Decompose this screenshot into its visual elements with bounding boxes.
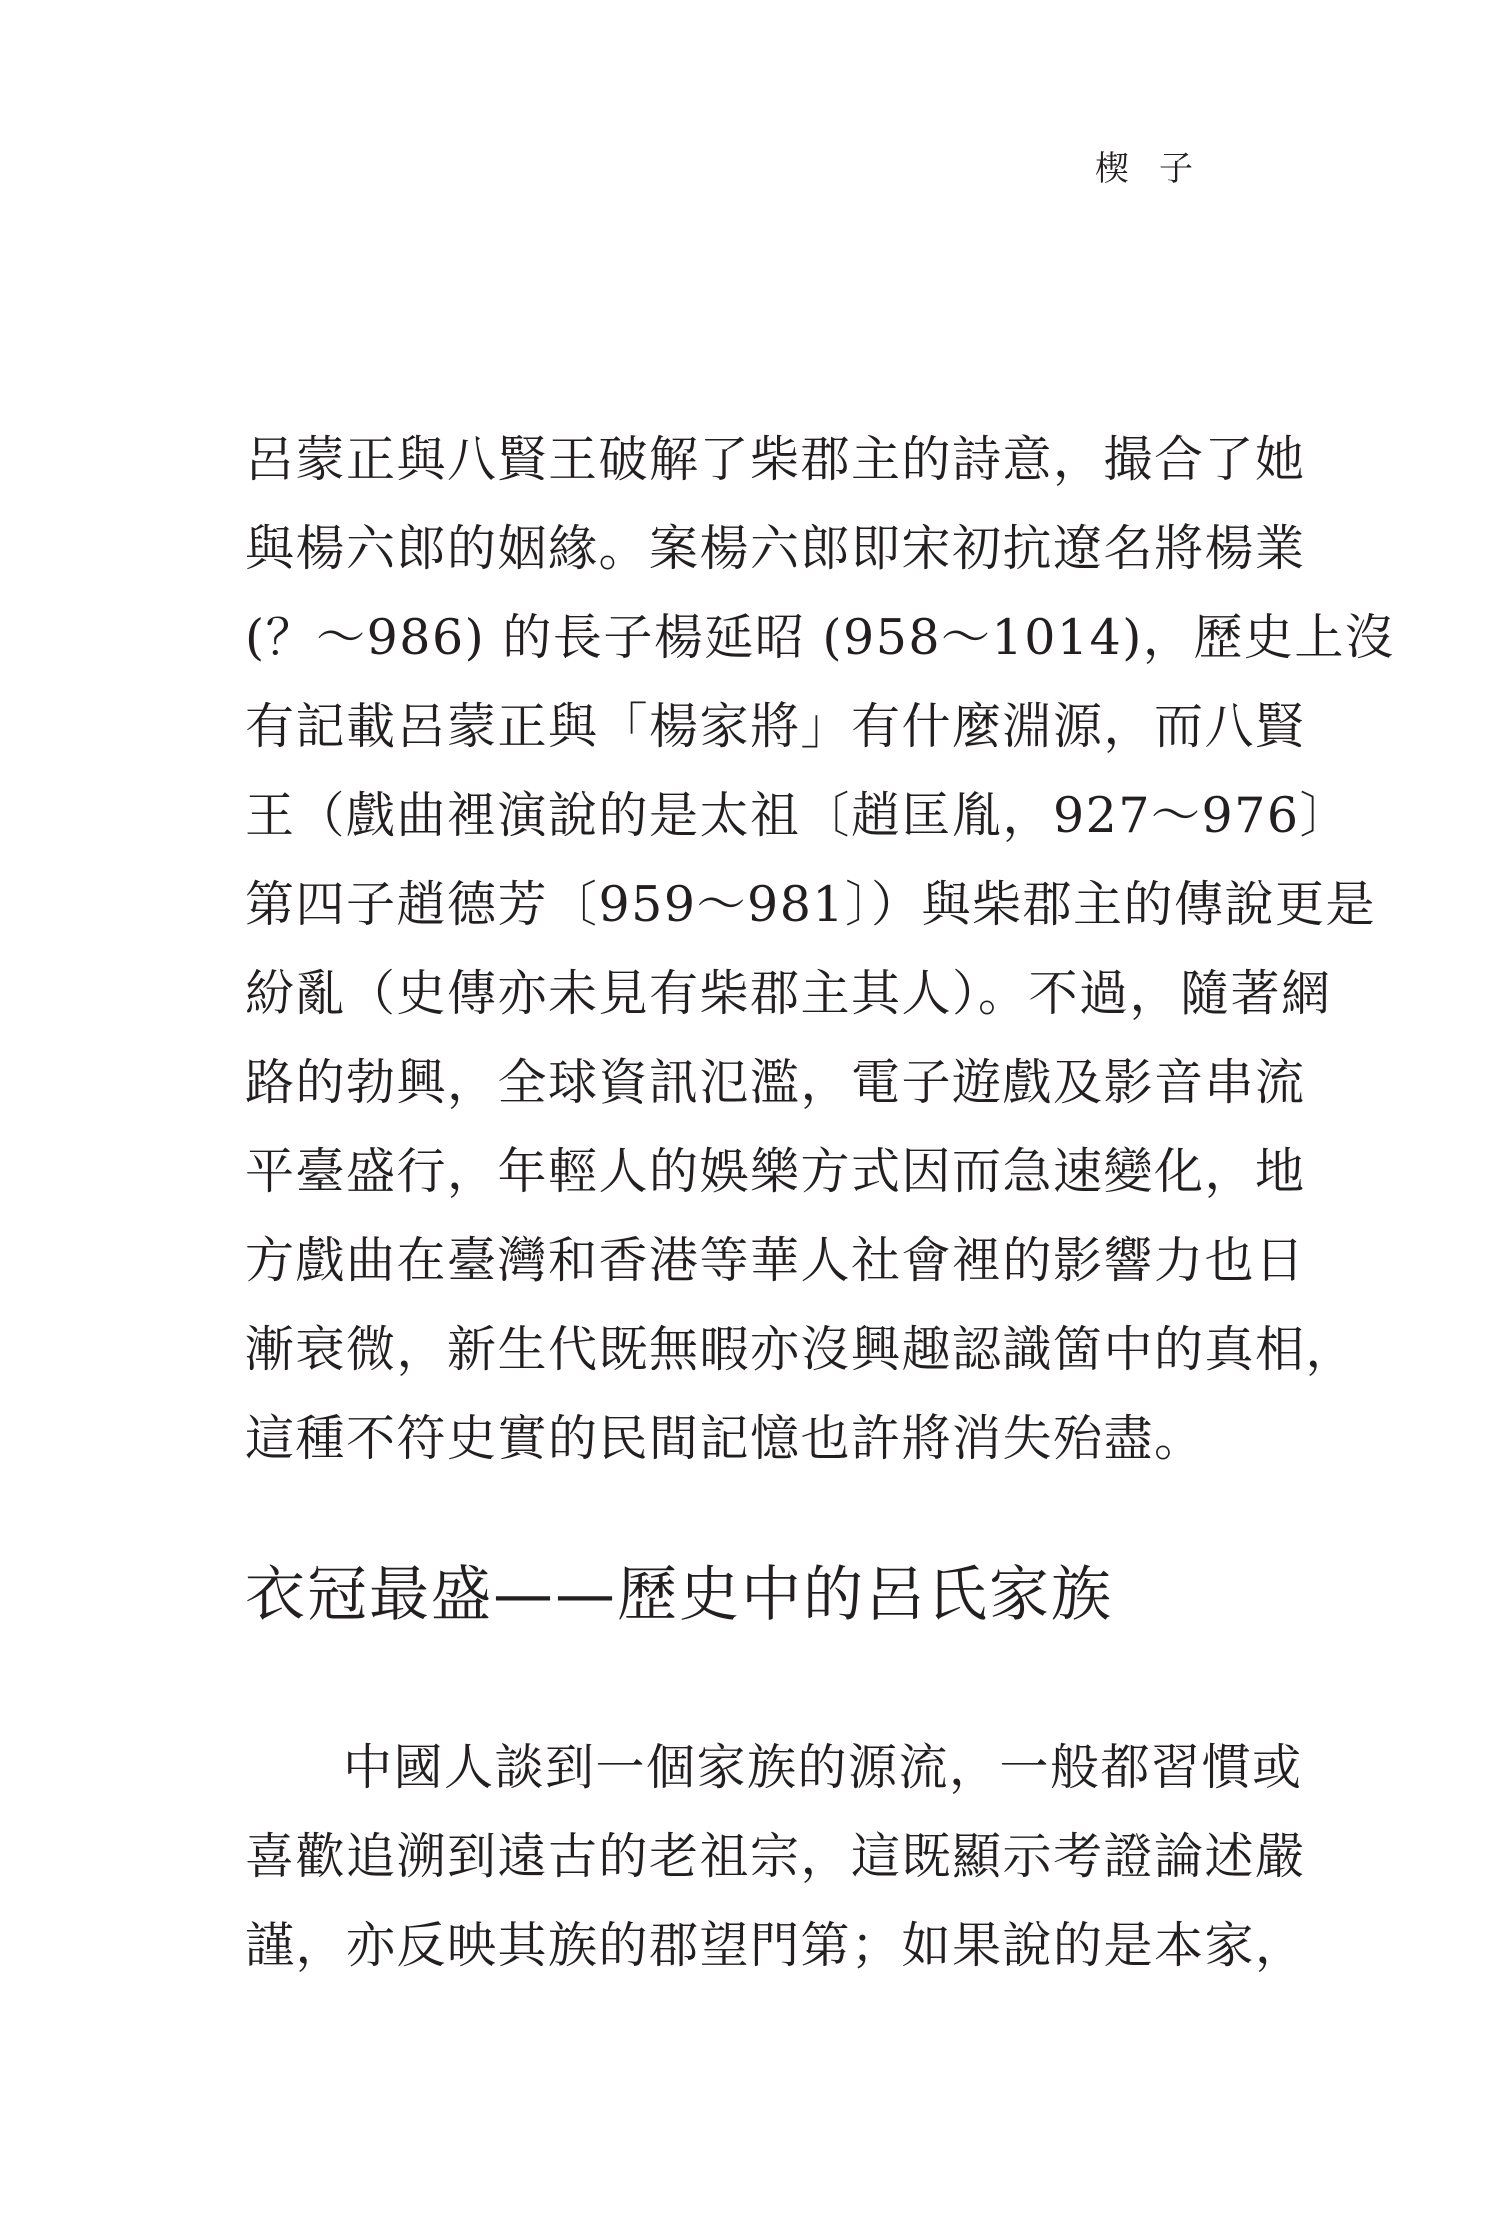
text-line: 呂蒙正與八賢王破解了柴郡主的詩意，撮合了她 bbox=[245, 432, 1235, 521]
text-line: 漸衰微，新生代既無暇亦沒興趣認識箇中的真相， bbox=[245, 1322, 1235, 1411]
text-line: 路的勃興，全球資訊氾濫，電子遊戲及影音串流 bbox=[245, 1055, 1235, 1144]
running-head-title: 楔子 bbox=[1095, 141, 1223, 190]
text-line: 方戲曲在臺灣和香港等華人社會裡的影響力也日 bbox=[245, 1233, 1235, 1322]
text-line: 王（戲曲裡演說的是太祖〔趙匡胤，927～976〕 bbox=[245, 788, 1235, 877]
text-line: (？～986) 的長子楊延昭 (958～1014)，歷史上沒 bbox=[245, 610, 1235, 699]
text-line: 這種不符史實的民間記憶也許將消失殆盡。 bbox=[245, 1411, 1235, 1500]
text-line: 第四子趙德芳〔959～981〕）與柴郡主的傳說更是 bbox=[245, 877, 1235, 966]
text-line: 中國人談到一個家族的源流，一般都習慣或 bbox=[245, 1740, 1235, 1829]
text-line: 喜歡追溯到遠古的老祖宗，這既顯示考證論述嚴 bbox=[245, 1829, 1235, 1918]
text-line: 謹，亦反映其族的郡望門第；如果說的是本家， bbox=[245, 1918, 1235, 2007]
section-heading: 衣冠最盛——歷史中的呂氏家族 bbox=[245, 1560, 1235, 1630]
text-line: 有記載呂蒙正與「楊家將」有什麼淵源，而八賢 bbox=[245, 699, 1235, 788]
paragraph-2: 中國人談到一個家族的源流，一般都習慣或 喜歡追溯到遠古的老祖宗，這既顯示考證論述… bbox=[245, 1740, 1235, 2007]
text-line: 紛亂（史傳亦未見有柴郡主其人）。不過，隨著網 bbox=[245, 966, 1235, 1055]
text-line: 與楊六郎的姻緣。案楊六郎即宋初抗遼名將楊業 bbox=[245, 521, 1235, 610]
paragraph-1: 呂蒙正與八賢王破解了柴郡主的詩意，撮合了她 與楊六郎的姻緣。案楊六郎即宋初抗遼名… bbox=[245, 432, 1235, 1500]
running-head: 楔子 bbox=[1095, 140, 1295, 190]
text-line: 平臺盛行，年輕人的娛樂方式因而急速變化，地 bbox=[245, 1144, 1235, 1233]
